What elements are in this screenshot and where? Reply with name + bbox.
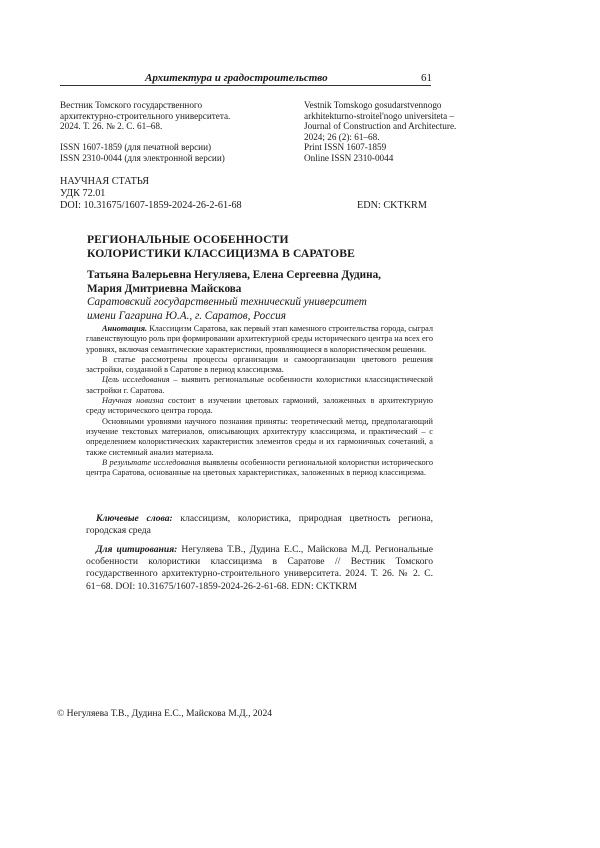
journal-info-en: Vestnik Tomskogo gosudarstvennogo arkhit… <box>304 100 544 164</box>
journal-line: Vestnik Tomskogo gosudarstvennogo <box>304 100 544 111</box>
abstract-label: Аннотация. <box>102 324 147 333</box>
abstract-paragraph: Аннотация. Классицизм Саратова, как перв… <box>86 324 433 355</box>
title-line: КОЛОРИСТИКИ КЛАССИЦИЗМА В САРАТОВЕ <box>87 247 487 261</box>
authors-line: Мария Дмитриевна Майскова <box>87 283 507 297</box>
page-number: 61 <box>421 72 432 84</box>
abstract-paragraph: Основными уровнями научного познания при… <box>86 417 433 458</box>
keywords: Ключевые слова: классицизм, колористика,… <box>86 513 433 537</box>
journal-info-ru: Вестник Томского государственного архите… <box>60 100 290 164</box>
results-label: В результате исследования <box>102 458 200 467</box>
article-title: РЕГИОНАЛЬНЫЕ ОСОБЕННОСТИ КОЛОРИСТИКИ КЛА… <box>87 233 487 260</box>
copyright: © Негуляева Т.В., Дудина Е.С., Майскова … <box>57 708 272 719</box>
citation-label: Для цитирования: <box>96 544 177 555</box>
issn-print: ISSN 1607-1859 (для печатной версии) <box>60 142 290 153</box>
edn: EDN: CKTKRM <box>357 200 427 211</box>
abstract-paragraph: Цель исследования – выявить региональные… <box>86 375 433 396</box>
journal-line: Вестник Томского государственного <box>60 100 290 111</box>
abstract-paragraph: В статье рассмотрены процессы организаци… <box>86 355 433 376</box>
affiliation: Саратовский государственный технический … <box>87 296 507 323</box>
affiliation-line: имени Гагарина Ю.А., г. Саратов, Россия <box>87 310 507 324</box>
affiliation-line: Саратовский государственный технический … <box>87 296 507 310</box>
abstract: Аннотация. Классицизм Саратова, как перв… <box>86 324 433 478</box>
aim-label: Цель исследования <box>102 375 170 384</box>
journal-line: arkhitekturno-stroitel'nogo universiteta… <box>304 111 544 122</box>
journal-line: архитектурно-строительного университета. <box>60 111 290 122</box>
authors: Татьяна Валерьевна Негуляева, Елена Серг… <box>87 269 507 296</box>
abstract-text: Основными уровнями научного познания при… <box>86 417 433 457</box>
header-divider <box>60 85 431 86</box>
abstract-paragraph: Научная новизна состоит в изучении цвето… <box>86 396 433 417</box>
citation: Для цитирования: Негуляева Т.В., Дудина … <box>86 544 433 593</box>
keywords-label: Ключевые слова: <box>96 513 173 524</box>
article-type: НАУЧНАЯ СТАТЬЯ <box>60 176 480 188</box>
abstract-paragraph: В результате исследования выявлены особе… <box>86 458 433 479</box>
abstract-text: В статье рассмотрены процессы организаци… <box>86 355 433 374</box>
journal-line: Journal of Construction and Architecture… <box>304 121 544 132</box>
udk: УДК 72.01 <box>60 188 480 200</box>
issn-online: ISSN 2310-0044 (для электронной версии) <box>60 153 290 164</box>
running-title: Архитектура и градостроительство <box>145 72 328 84</box>
journal-line: Online ISSN 2310-0044 <box>304 153 544 164</box>
authors-line: Татьяна Валерьевна Негуляева, Елена Серг… <box>87 269 507 283</box>
title-line: РЕГИОНАЛЬНЫЕ ОСОБЕННОСТИ <box>87 233 487 247</box>
journal-line: 2024; 26 (2): 61–68. <box>304 132 544 143</box>
journal-line: 2024. Т. 26. № 2. С. 61–68. <box>60 121 290 132</box>
journal-line: Print ISSN 1607-1859 <box>304 142 544 153</box>
novelty-label: Научная новизна <box>102 396 164 405</box>
